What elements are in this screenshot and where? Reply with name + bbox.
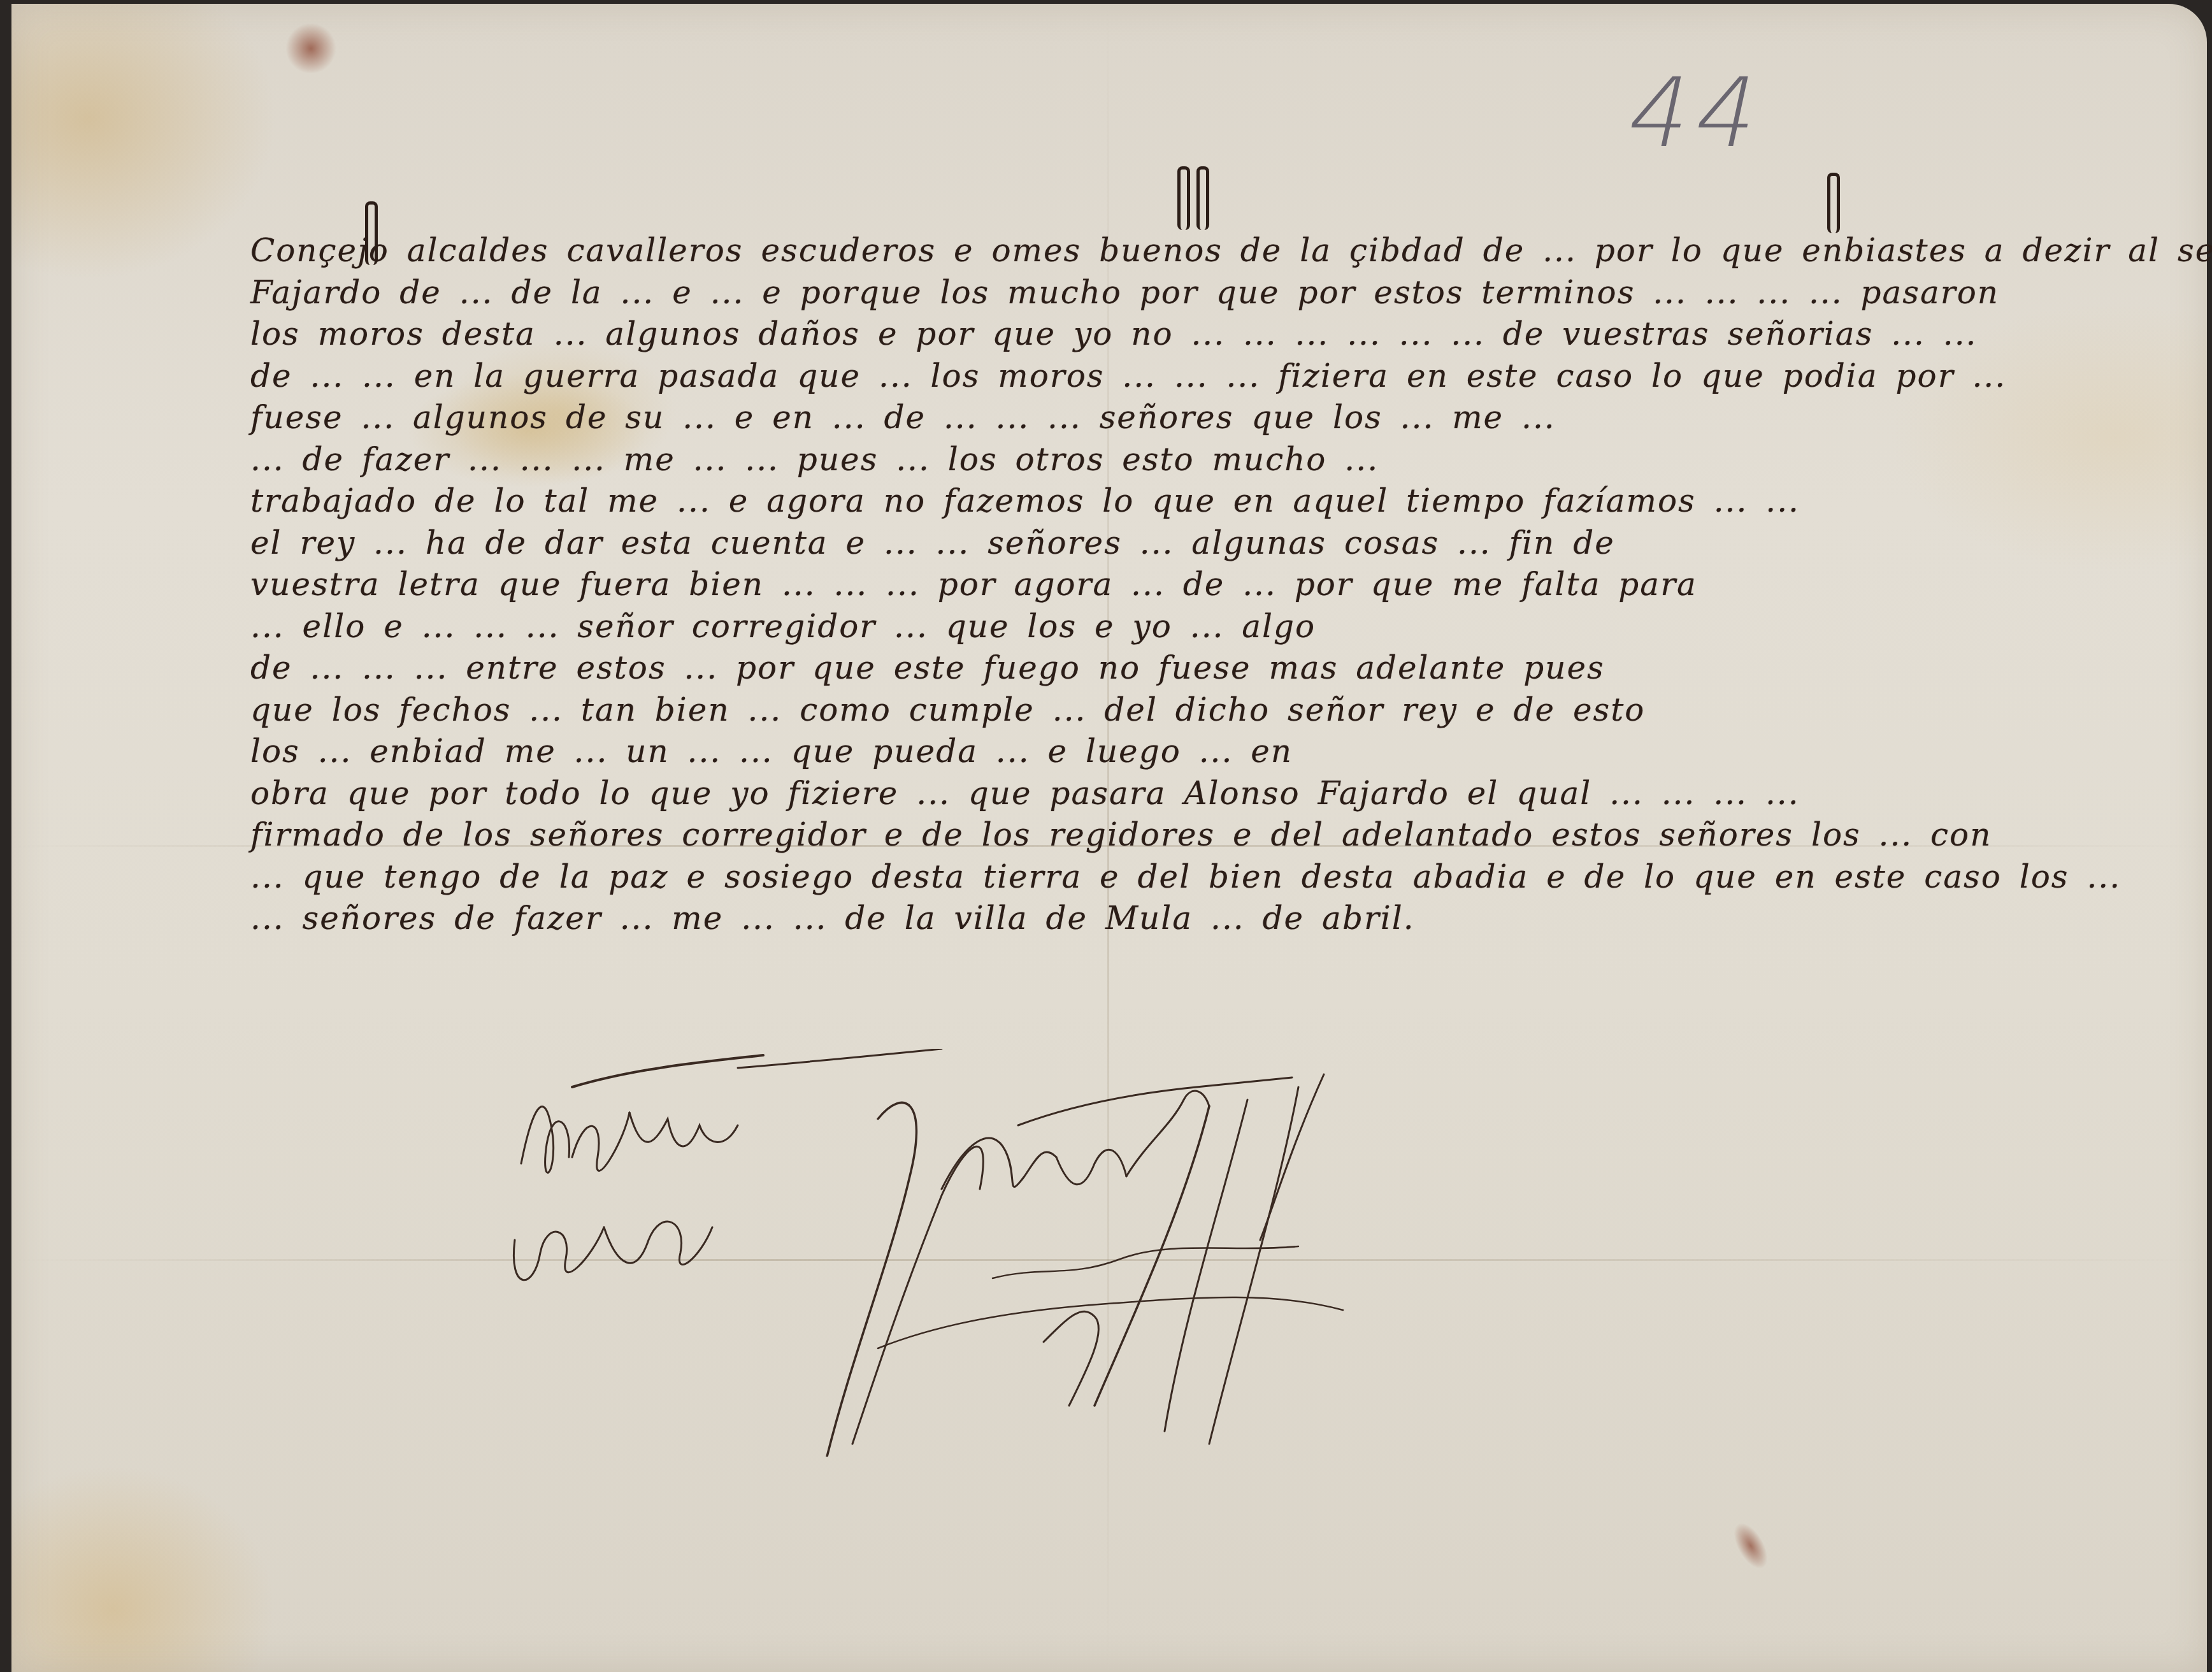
- text-line: que los fechos ... tan bien ... como cum…: [250, 689, 1920, 730]
- ascender-flourish: [1196, 166, 1209, 230]
- ascender-flourish: [1177, 166, 1190, 230]
- text-line: de ... ... ... entre estos ... por que e…: [250, 647, 1920, 688]
- text-line: ... que tengo de la paz e sosiego desta …: [250, 856, 1920, 897]
- text-line: el rey ... ha de dar esta cuenta e ... .…: [250, 522, 1920, 563]
- text-line: Fajardo de ... de la ... e ... e porque …: [250, 272, 1920, 313]
- text-line: ... señores de fazer ... me ... ... de l…: [250, 898, 1920, 939]
- letter-body: Conçejo alcaldes cavalleros escuderos e …: [250, 230, 1920, 940]
- text-line: obra que por todo lo que yo fiziere ... …: [250, 773, 1920, 814]
- ink-stain: [285, 23, 336, 74]
- text-line: ... de fazer ... ... ... me ... ... pues…: [250, 439, 1920, 480]
- text-line: ... ello e ... ... ... señor corregidor …: [250, 606, 1920, 647]
- ink-stain: [1727, 1517, 1775, 1574]
- signature-flourishes: [496, 1049, 1388, 1457]
- text-line: trabajado de lo tal me ... e agora no fa…: [250, 480, 1920, 521]
- text-line: vuestra letra que fuera bien ... ... ...…: [250, 564, 1920, 605]
- ascender-flourish: [1827, 173, 1840, 233]
- text-line: fuese ... algunos de su ... e en ... de …: [250, 397, 1920, 438]
- manuscript-sheet: 44 Conçejo alcaldes cavalleros escuderos…: [11, 4, 2207, 1672]
- text-line: firmado de los señores corregidor e de l…: [250, 814, 1920, 855]
- text-line: los moros desta ... algunos daños e por …: [250, 313, 1920, 354]
- signature-area: [496, 1049, 1388, 1457]
- folio-number: 44: [1618, 58, 1776, 169]
- text-line: Conçejo alcaldes cavalleros escuderos e …: [250, 230, 1920, 271]
- text-line: los ... enbiad me ... un ... ... que pue…: [250, 731, 1920, 772]
- text-line: de ... ... en la guerra pasada que ... l…: [250, 356, 1920, 396]
